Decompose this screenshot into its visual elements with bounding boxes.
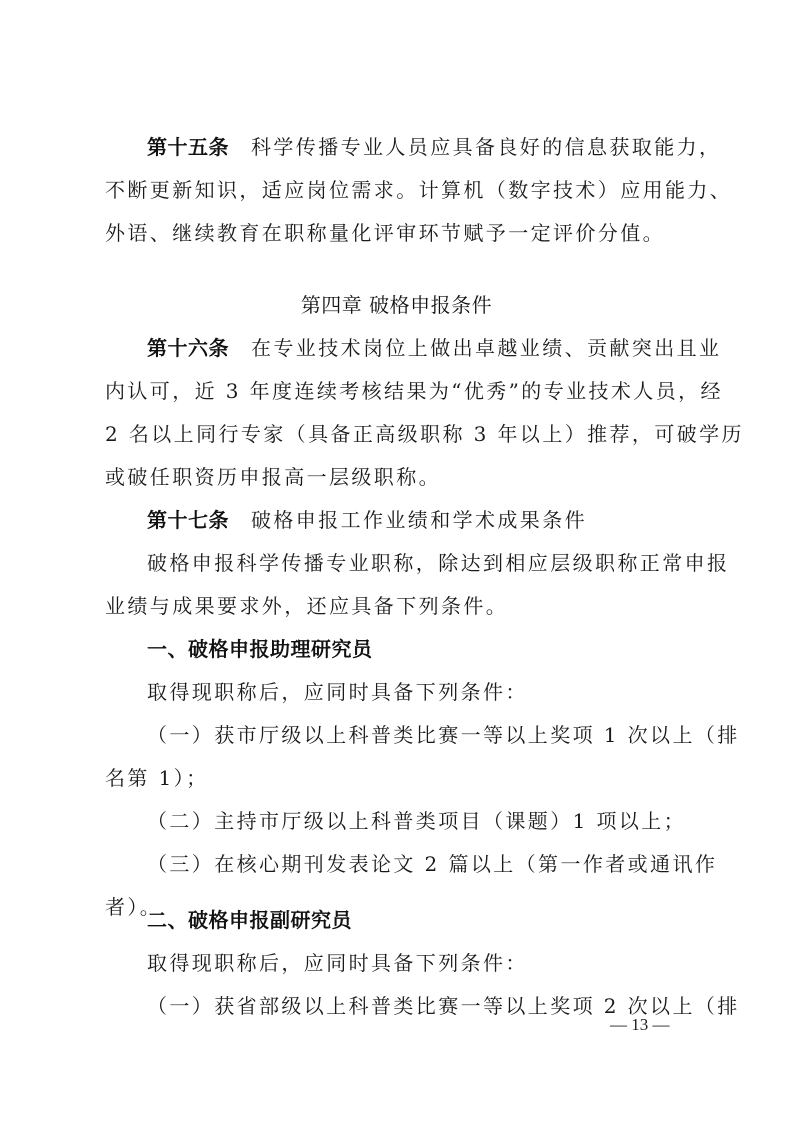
article-16-line-3: 2 名以上同行专家（具备正高级职称 3 年以上）推荐，可破学历 [105, 421, 691, 447]
article-16-line-2: 内认可，近 3 年度连续考核结果为“优秀”的专业技术人员，经 [105, 378, 691, 404]
section-1-item-3-line-1: （三）在核心期刊发表论文 2 篇以上（第一作者或通讯作 [147, 851, 691, 877]
article-16-line-4: 或破任职资历申报高一层级职称。 [105, 464, 691, 490]
section-1-intro: 取得现职称后，应同时具备下列条件： [147, 679, 691, 705]
article-17-para-line-2: 业绩与成果要求外，还应具备下列条件。 [105, 593, 691, 619]
section-2-intro: 取得现职称后，应同时具备下列条件： [147, 950, 691, 976]
article-15-text-1: 科学传播专业人员应具备良好的信息获取能力， [251, 135, 721, 159]
article-16-line-1: 第十六条在专业技术岗位上做出卓越业绩、贡献突出且业 [147, 335, 691, 361]
article-15-line-1: 第十五条科学传播专业人员应具备良好的信息获取能力， [147, 134, 691, 160]
section-1-heading: 一、破格申报助理研究员 [147, 636, 691, 662]
section-1-item-1-line-1: （一）获市厅级以上科普类比赛一等以上奖项 1 次以上（排 [147, 722, 691, 748]
section-1-item-2: （二）主持市厅级以上科普类项目（课题）1 项以上； [147, 808, 691, 834]
article-17-label: 第十七条 [147, 508, 229, 532]
chapter-title: 第四章 破格申报条件 [0, 292, 793, 318]
document-page: 第十五条科学传播专业人员应具备良好的信息获取能力， 不断更新知识，适应岗位需求。… [0, 0, 793, 1122]
article-16-label: 第十六条 [147, 336, 229, 360]
section-2-heading: 二、破格申报副研究员 [147, 907, 691, 933]
article-15-label: 第十五条 [147, 135, 229, 159]
article-17-para-line-1: 破格申报科学传播专业职称，除达到相应层级职称正常申报 [147, 550, 691, 576]
section-1-item-1-line-2: 名第 1）； [105, 765, 691, 791]
page-number: — 13 — [610, 1015, 670, 1035]
article-16-text-1: 在专业技术岗位上做出卓越业绩、贡献突出且业 [251, 336, 721, 360]
article-17-text-1: 破格申报工作业绩和学术成果条件 [251, 508, 587, 532]
article-15-line-2: 不断更新知识，适应岗位需求。计算机（数字技术）应用能力、 [105, 177, 691, 203]
article-17-line-1: 第十七条破格申报工作业绩和学术成果条件 [147, 507, 691, 533]
article-15-line-3: 外语、继续教育在职称量化评审环节赋予一定评价分值。 [105, 220, 691, 246]
